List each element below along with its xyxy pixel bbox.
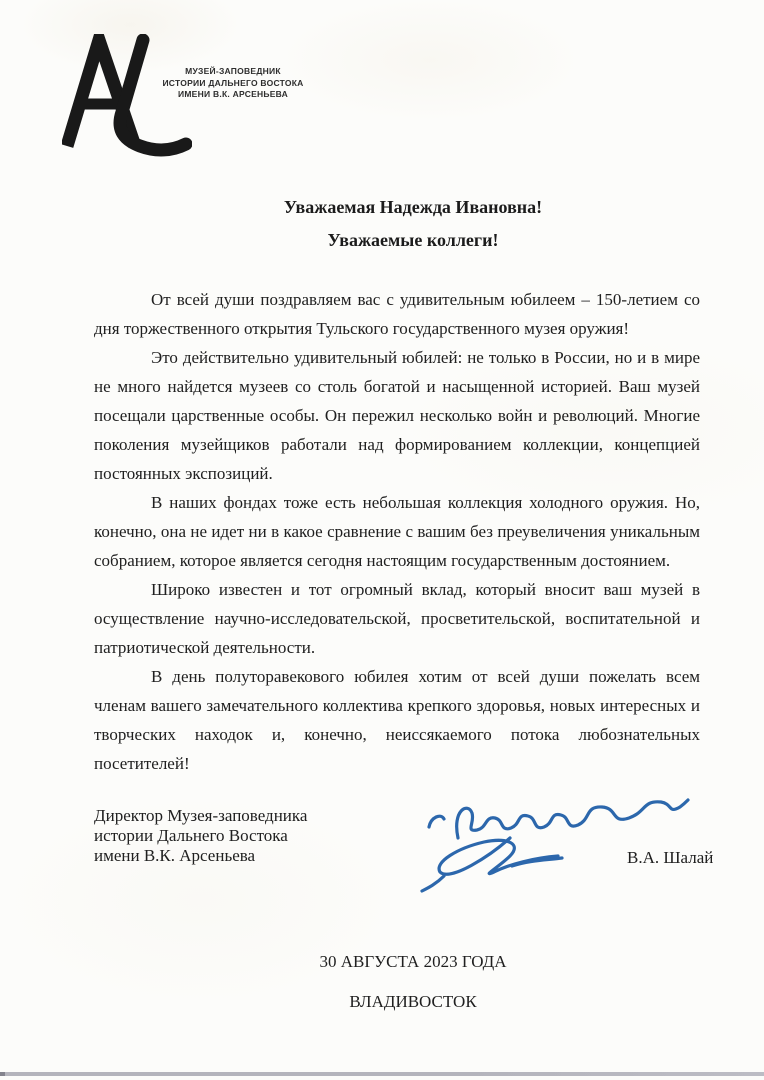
body-paragraph: Широко известен и тот огромный вклад, ко… <box>94 575 700 662</box>
salutation-line-colleagues: Уважаемые коллеги! <box>110 224 716 257</box>
signoff-title-line: имени В.К. Арсеньева <box>94 846 307 866</box>
org-name-line: ИМЕНИ В.К. АРСЕНЬЕВА <box>158 89 308 101</box>
scanned-letter-page: МУЗЕЙ-ЗАПОВЕДНИК ИСТОРИИ ДАЛЬНЕГО ВОСТОК… <box>0 0 764 1080</box>
body-paragraph: От всей души поздравляем вас с удивитель… <box>94 285 700 343</box>
letter-date: 30 АВГУСТА 2023 ГОДА <box>110 952 716 972</box>
letter-city: ВЛАДИВОСТОК <box>110 992 716 1012</box>
letter-footer: 30 АВГУСТА 2023 ГОДА ВЛАДИВОСТОК <box>110 952 716 1012</box>
signer-name: В.А. Шалай <box>627 848 713 868</box>
letterhead-org-name: МУЗЕЙ-ЗАПОВЕДНИК ИСТОРИИ ДАЛЬНЕГО ВОСТОК… <box>158 66 308 101</box>
salutation-line-addressee: Уважаемая Надежда Ивановна! <box>110 191 716 224</box>
body-paragraph: В день полуторавекового юбилея хотим от … <box>94 662 700 778</box>
body-paragraph: В наших фондах тоже есть небольшая колле… <box>94 488 700 575</box>
body-paragraph: Это действительно удивительный юбилей: н… <box>94 343 700 488</box>
scan-edge-artifact <box>0 1072 764 1076</box>
org-name-line: ИСТОРИИ ДАЛЬНЕГО ВОСТОКА <box>158 78 308 90</box>
salutation: Уважаемая Надежда Ивановна! Уважаемые ко… <box>110 191 716 257</box>
signoff-title: Директор Музея-заповедника истории Дальн… <box>94 806 307 866</box>
org-name-line: МУЗЕЙ-ЗАПОВЕДНИК <box>158 66 308 78</box>
signoff-title-line: Директор Музея-заповедника <box>94 806 307 826</box>
letter-body: От всей души поздравляем вас с удивитель… <box>94 285 700 778</box>
signoff-title-line: истории Дальнего Востока <box>94 826 307 846</box>
handwritten-signature <box>410 786 705 898</box>
